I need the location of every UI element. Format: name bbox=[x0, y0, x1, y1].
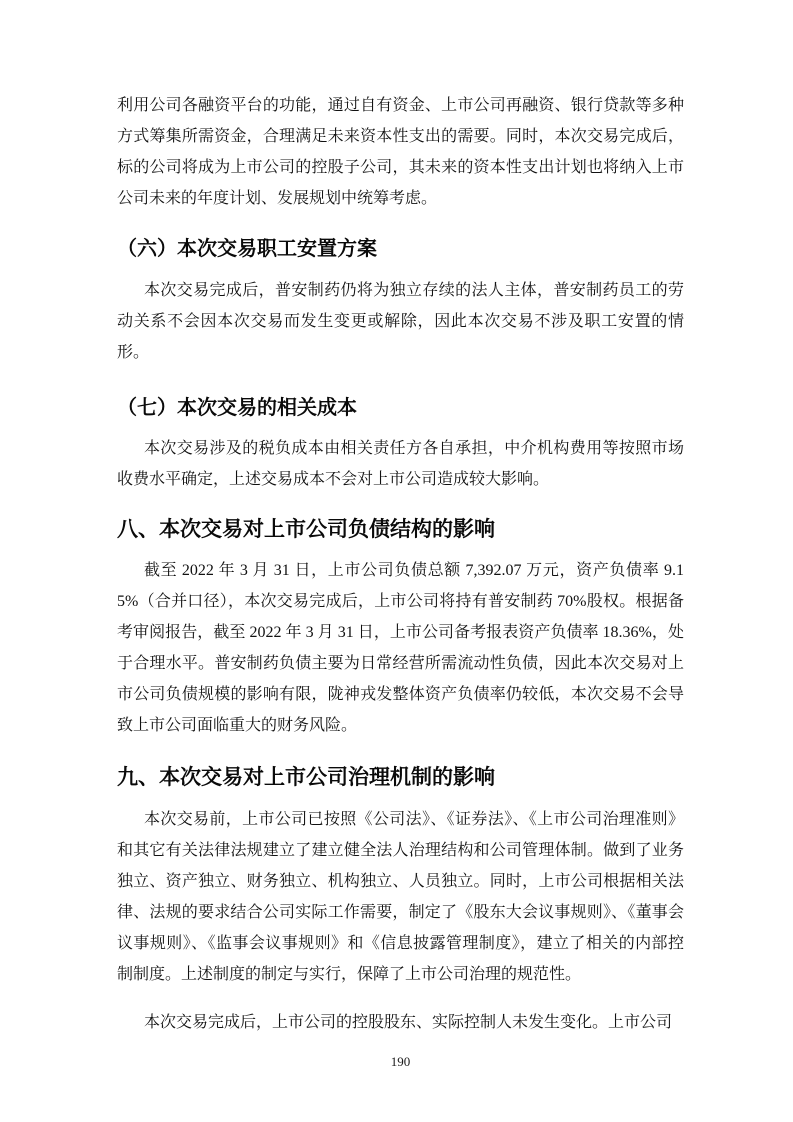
paragraph-transaction-costs: 本次交易涉及的税负成本由相关责任方各自承担，中介机构费用等按照市场收费水平确定，… bbox=[117, 433, 684, 495]
heading-chapter-9-governance-impact: 九、本次交易对上市公司治理机制的影响 bbox=[117, 764, 684, 791]
paragraph-debt-structure-impact: 截至 2022 年 3 月 31 日，上市公司负债总额 7,392.07 万元，… bbox=[117, 555, 684, 741]
paragraph-governance-impact: 本次交易前，上市公司已按照《公司法》、《证券法》、《上市公司治理准则》和其它有关… bbox=[117, 804, 684, 990]
document-page: 利用公司各融资平台的功能，通过自有资金、上市公司再融资、银行贷款等多种方式筹集所… bbox=[0, 0, 793, 1122]
heading-chapter-8-debt-structure-impact: 八、本次交易对上市公司负债结构的影响 bbox=[117, 516, 684, 543]
page-number: 190 bbox=[117, 1054, 684, 1070]
paragraph-controlling-shareholder: 本次交易完成后，上市公司的控股股东、实际控制人未发生变化。上市公司 bbox=[117, 1007, 684, 1038]
heading-section-6-employee-placement: （六）本次交易职工安置方案 bbox=[117, 236, 684, 262]
paragraph-employee-placement: 本次交易完成后，普安制药仍将为独立存续的法人主体，普安制药员工的劳动关系不会因本… bbox=[117, 275, 684, 368]
paragraph-funding-plan-continuation: 利用公司各融资平台的功能，通过自有资金、上市公司再融资、银行贷款等多种方式筹集所… bbox=[117, 90, 684, 214]
heading-section-7-transaction-costs: （七）本次交易的相关成本 bbox=[117, 395, 684, 421]
